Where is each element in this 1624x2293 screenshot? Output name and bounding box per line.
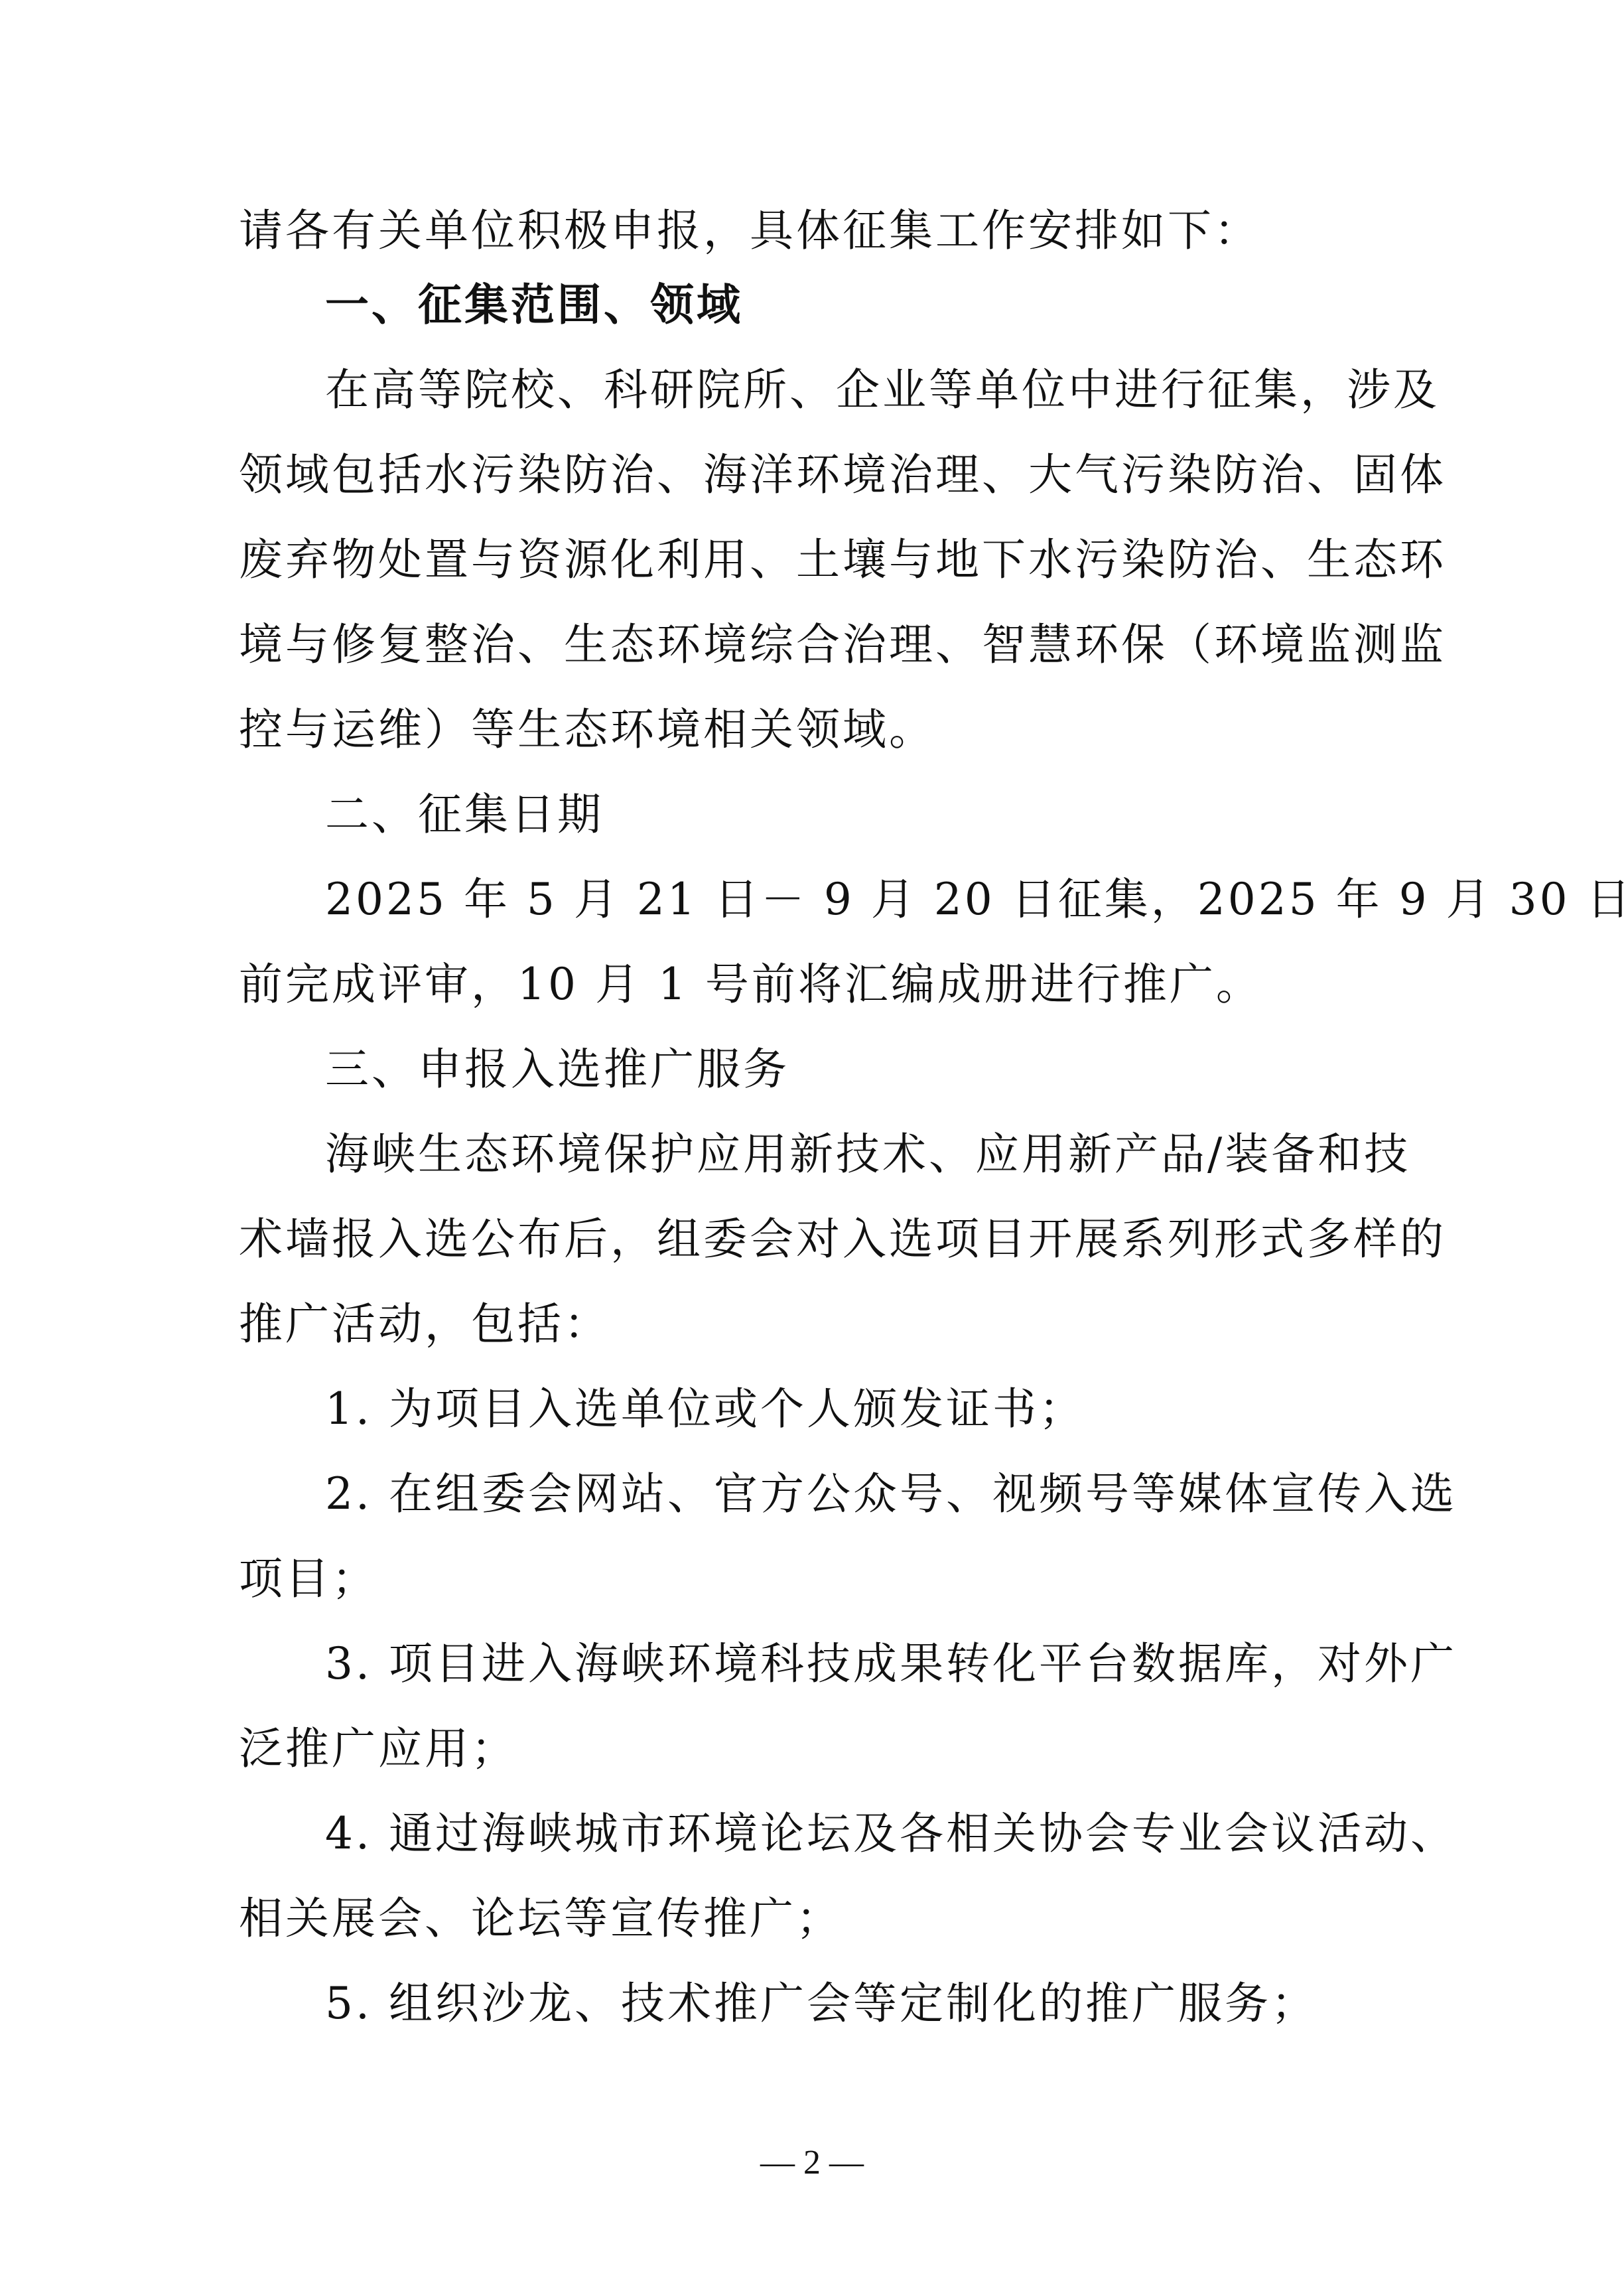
section-3-paragraph-line: 推广活动，包括： <box>239 1298 1406 1351</box>
list-item-3: 3. 项目进入海峡环境科技成果转化平台数据库，对外广 <box>325 1637 1406 1691</box>
section-2-heading: 二、征集日期 <box>325 788 1406 841</box>
list-item-2-continuation: 项目； <box>239 1553 1406 1606</box>
section-2-paragraph-line: 前完成评审，10 月 1 号前将汇编成册进行推广。 <box>239 958 1406 1011</box>
section-1-paragraph-line: 领域包括水污染防治、海洋环境治理、大气污染防治、固体 <box>239 449 1406 502</box>
section-1-paragraph-line: 废弃物处置与资源化利用、土壤与地下水污染防治、生态环 <box>239 533 1406 587</box>
section-1-heading: 一、征集范围、领域 <box>325 279 1406 332</box>
list-item-4-continuation: 相关展会、论坛等宣传推广； <box>239 1892 1406 1945</box>
list-item-3-continuation: 泛推广应用； <box>239 1722 1406 1775</box>
section-1-paragraph-line: 在高等院校、科研院所、企业等单位中进行征集，涉及 <box>325 364 1406 417</box>
section-1-paragraph-line: 境与修复整治、生态环境综合治理、智慧环保（环境监测监 <box>239 618 1406 671</box>
list-item-4: 4. 通过海峡城市环境论坛及各相关协会专业会议活动、 <box>325 1807 1406 1860</box>
section-2-paragraph-line: 2025 年 5 月 21 日－ 9 月 20 日征集，2025 年 9 月 3… <box>325 873 1406 926</box>
intro-line: 请各有关单位积极申报，具体征集工作安排如下： <box>239 204 1406 257</box>
section-3-paragraph-line: 海峡生态环境保护应用新技术、应用新产品/装备和技 <box>325 1128 1406 1181</box>
list-item-5: 5. 组织沙龙、技术推广会等定制化的推广服务； <box>325 1977 1406 2030</box>
section-1-paragraph-line: 控与运维）等生态环境相关领域。 <box>239 703 1406 756</box>
list-item-2: 2. 在组委会网站、官方公众号、视频号等媒体宣传入选 <box>325 1468 1406 1521</box>
section-3-paragraph-line: 术墙报入选公布后，组委会对入选项目开展系列形式多样的 <box>239 1213 1406 1266</box>
list-item-1: 1. 为项目入选单位或个人颁发证书； <box>325 1383 1406 1436</box>
section-3-heading: 三、申报入选推广服务 <box>325 1043 1406 1096</box>
page-number: — 2 — <box>0 2143 1624 2183</box>
document-page: 请各有关单位积极申报，具体征集工作安排如下： 一、征集范围、领域 在高等院校、科… <box>0 0 1624 2293</box>
